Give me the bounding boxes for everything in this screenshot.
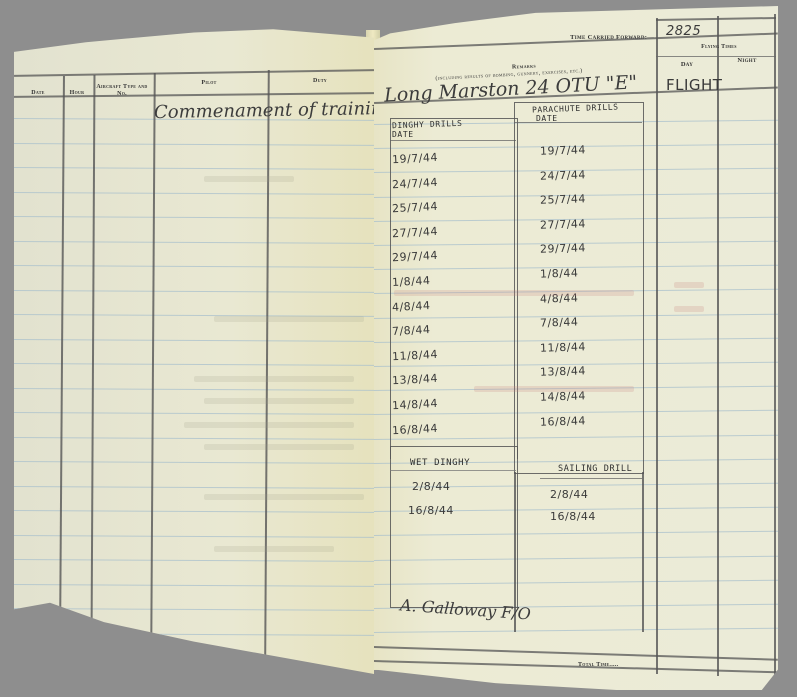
ruled-line [14,437,374,440]
bleed-through-mark [674,306,704,312]
sailing-drill-title: SAILING DRILL [558,464,632,474]
wet-dinghy-title: WET DINGHY [410,458,470,468]
drill-date: 19/7/44 [540,143,586,158]
flying-times-header: Flying Times [674,44,764,51]
ruled-line [14,388,374,391]
drill-date: 16/8/44 [540,414,586,429]
col-header-hour: Hour [62,90,92,97]
drill-date: 24/7/44 [540,168,586,183]
sailing-drill-date: 16/8/44 [550,510,596,523]
drill-date: 1/8/44 [540,266,579,280]
ruled-line [14,290,374,293]
col-header-aircraft: Aircraft Type and No. [94,84,150,98]
bleed-through-mark [184,422,354,428]
drill-date: 11/8/44 [392,348,439,363]
ruled-line [14,265,374,268]
ruled-line [14,608,374,611]
sailing-header-rule [540,478,642,479]
dinghy-drills-date-label: DATE [392,130,414,139]
drill-date: 27/7/44 [392,225,439,240]
bleed-through-mark [204,176,294,182]
header-top-rule [14,69,374,76]
col-divider [150,73,155,648]
wet-dinghy-header-rule [390,470,516,471]
col-divider [264,70,269,655]
ruled-line [14,633,374,636]
sailing-right-border [642,472,644,632]
flying-times-left-border [656,18,658,674]
bleed-through-mark [204,494,364,500]
wet-dinghy-date: 16/8/44 [408,504,454,517]
drill-date: 13/8/44 [540,365,586,380]
day-header: Day [659,61,715,68]
ruled-line [14,216,374,219]
night-header: Night [720,57,774,64]
ruled-line [14,143,374,146]
ruled-line [14,167,374,170]
col-header-date: Date [20,90,56,97]
bleed-through-mark [214,546,334,552]
drill-date: 7/8/44 [540,316,579,330]
col-header-duty: Duty [268,78,372,85]
drill-date: 1/8/44 [392,274,431,289]
ruled-line [14,535,374,538]
sailing-drill-date: 2/8/44 [550,488,588,501]
drill-date: 14/8/44 [392,397,439,412]
drill-date: 27/7/44 [540,217,586,232]
drill-date: 24/7/44 [392,175,439,190]
right-page: Time Carried Forward:— 2825 Flying Times… [374,6,778,690]
drill-date: 25/7/44 [392,200,439,215]
bleed-through-mark [204,398,354,404]
ruled-line [14,486,374,489]
col-header-pilot: Pilot [154,80,264,87]
drill-date: 29/7/44 [540,242,586,257]
ruled-line [14,241,374,244]
ruled-line [14,339,374,342]
ruled-line [14,584,374,587]
ruled-line [14,192,374,195]
bleed-through-mark [204,444,354,450]
left-page: Date Hour Aircraft Type and No. Pilot Du… [14,26,374,674]
parachute-drills-date-label: DATE [536,114,558,123]
col-divider [59,76,64,641]
drill-date: 11/8/44 [540,340,586,355]
handwritten-entry-line-1: Commenament of training [154,98,374,123]
ruled-line [14,559,374,562]
parachute-header-rule [514,122,642,123]
flying-times-top-rule [656,17,776,21]
day-night-divider [717,16,719,676]
drill-date: 7/8/44 [392,323,431,338]
dinghy-header-rule [390,140,516,141]
col-divider [91,75,95,643]
drill-date: 4/8/44 [392,299,431,314]
flying-times-right-border [774,14,776,678]
ruled-line [14,363,374,366]
bleed-through-mark [674,282,704,288]
drill-date: 25/7/44 [540,192,586,207]
bleed-through-mark [214,316,364,322]
ruled-line [14,412,374,415]
bleed-through-mark [394,290,634,296]
handwritten-flight-entry: FLIGHT [666,76,722,94]
drill-date: 19/7/44 [392,151,439,166]
drill-date: 16/8/44 [392,421,439,436]
ruled-line [14,510,374,513]
bleed-through-mark [474,386,634,392]
wet-dinghy-date: 2/8/44 [412,480,450,493]
total-time-label: Total Time..... [578,662,658,669]
ruled-line [14,461,374,464]
bleed-through-mark [194,376,354,382]
